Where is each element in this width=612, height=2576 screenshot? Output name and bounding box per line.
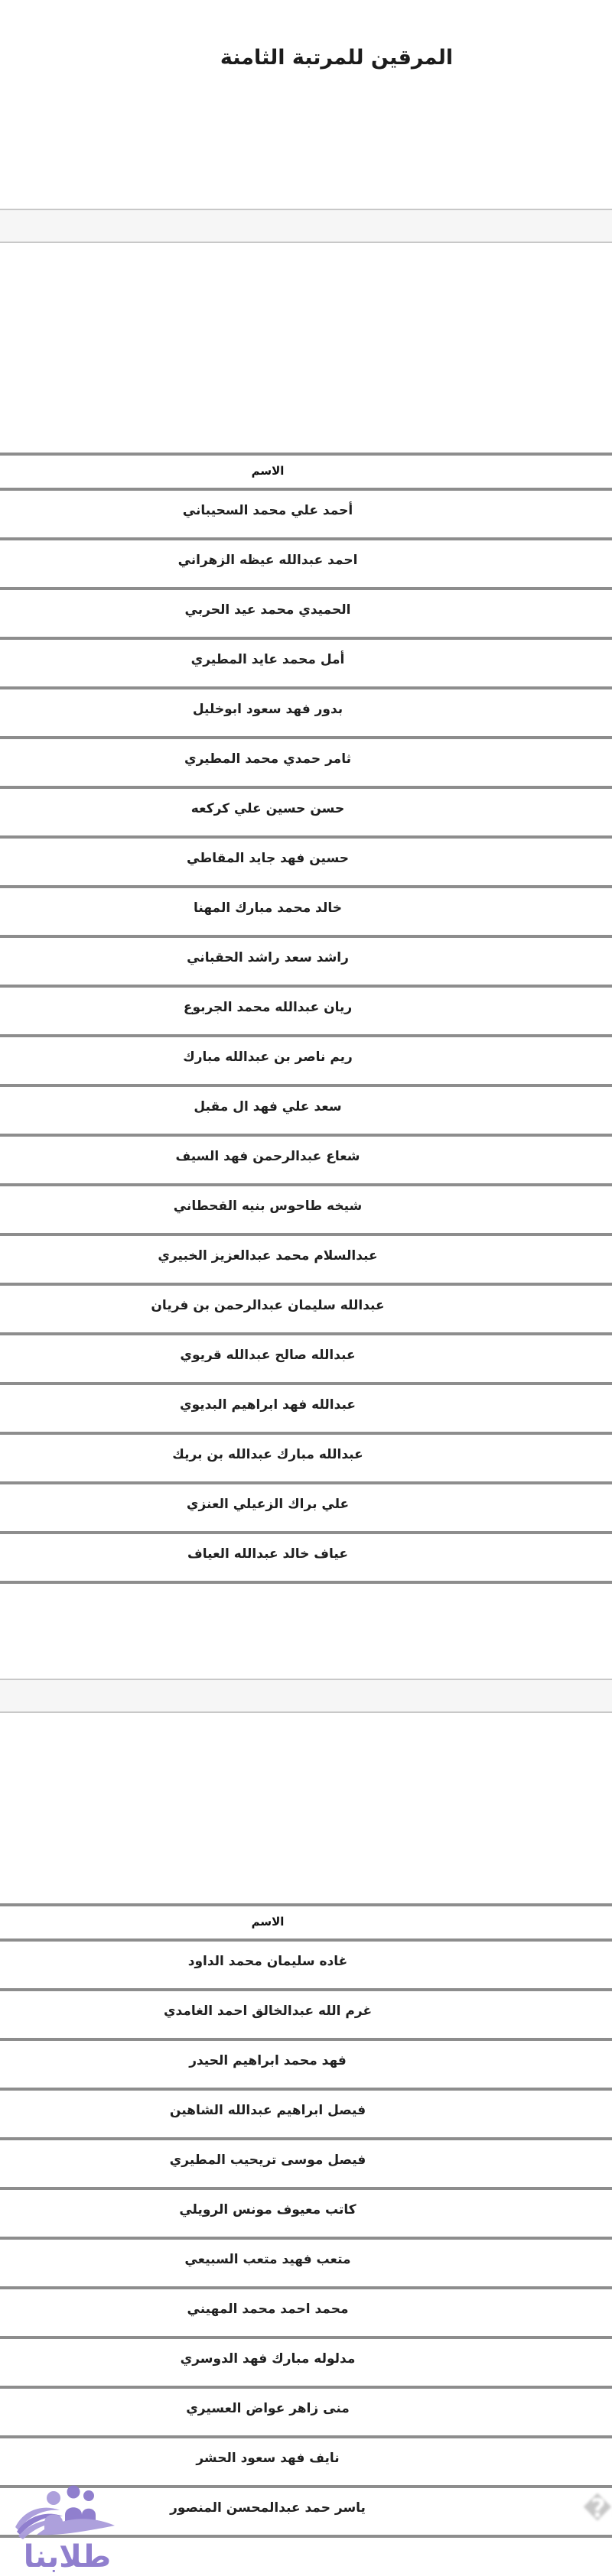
column-header-name: الاسم <box>0 1906 535 1938</box>
name-cell: غرم الله عبدالخالق احمد الغامدي <box>0 1991 535 2038</box>
name-cell: مدلوله مبارك فهد الدوسري <box>0 2339 535 2386</box>
table-row: علي براك الزعيلي العنزي <box>0 1484 612 1534</box>
table-row: ريان عبدالله محمد الجربوع <box>0 988 612 1037</box>
table-row: عبدالله فهد ابراهيم البديوي <box>0 1385 612 1435</box>
name-cell: كاتب معيوف مونس الرويلي <box>0 2190 535 2237</box>
table-row: فهد محمد ابراهيم الحيدر <box>0 2041 612 2091</box>
table-row: كاتب معيوف مونس الرويلي <box>0 2190 612 2240</box>
name-cell: فهد محمد ابراهيم الحيدر <box>0 2041 535 2088</box>
column-header-name: الاسم <box>0 456 535 488</box>
name-cell: متعب فهيد متعب السبيعي <box>0 2240 535 2286</box>
table-row: سعد علي فهد ال مقبل <box>0 1087 612 1137</box>
name-cell: غاده سليمان محمد الداود <box>0 1942 535 1988</box>
table-row: ثامر حمدي محمد المطيري <box>0 739 612 789</box>
table-row: الحميدي محمد عيد الحربي <box>0 590 612 640</box>
table-header-row: الاسم <box>0 456 612 491</box>
name-cell: عبدالسلام محمد عبدالعزيز الخبيري <box>0 1236 535 1283</box>
document-page: المرقين للمرتبة الثامنة الاسم أحمد علي م… <box>0 0 612 2576</box>
table-row: غرم الله عبدالخالق احمد الغامدي <box>0 1991 612 2041</box>
person-icon <box>47 2491 60 2505</box>
table-row: نايف فهد سعود الحشر <box>0 2438 612 2488</box>
table-row: شيخه طاحوس بنيه القحطاني <box>0 1186 612 1236</box>
table-row: حسين فهد جايد المقاطي <box>0 839 612 888</box>
name-cell: عبدالله فهد ابراهيم البديوي <box>0 1385 535 1432</box>
name-cell: نايف فهد سعود الحشر <box>0 2438 535 2485</box>
name-cell: عبدالله صالح عبدالله قريوي <box>0 1335 535 1382</box>
name-cell: احمد عبدالله عيظه الزهراني <box>0 540 535 587</box>
watermark-logo: طلابنا <box>11 2483 125 2576</box>
name-cell: فيصل ابراهيم عبدالله الشاهين <box>0 2091 535 2137</box>
name-cell: محمد احمد محمد المهيني <box>0 2289 535 2336</box>
name-cell: شعاع عبدالرحمن فهد السيف <box>0 1137 535 1183</box>
name-cell: خالد محمد مبارك المهنا <box>0 888 535 935</box>
name-cell: منى زاهر عواض العسيري <box>0 2389 535 2435</box>
page-title: المرقين للمرتبة الثامنة <box>0 46 612 70</box>
name-cell: ثامر حمدي محمد المطيري <box>0 739 535 786</box>
name-cell: راشد سعد راشد الحقباني <box>0 938 535 985</box>
name-cell: أحمد علي محمد السحيباني <box>0 491 535 537</box>
table-row: حسن حسين علي كركعه <box>0 789 612 839</box>
name-cell: ريم ناصر بن عبدالله مبارك <box>0 1037 535 1084</box>
name-cell: علي براك الزعيلي العنزي <box>0 1484 535 1531</box>
names-table-second: الاسم غاده سليمان محمد الداود غرم الله ع… <box>0 1903 612 2538</box>
table-row: غاده سليمان محمد الداود <box>0 1942 612 1991</box>
table-row: متعب فهيد متعب السبيعي <box>0 2240 612 2289</box>
table-row: احمد عبدالله عيظه الزهراني <box>0 540 612 590</box>
name-cell: بدور فهد سعود ابوخليل <box>0 689 535 736</box>
table-row: بدور فهد سعود ابوخليل <box>0 689 612 739</box>
name-cell: أمل محمد عايد المطيري <box>0 640 535 686</box>
name-cell: شيخه طاحوس بنيه القحطاني <box>0 1186 535 1233</box>
name-cell: عبدالله مبارك عبدالله بن بريك <box>0 1435 535 1481</box>
table-row: شعاع عبدالرحمن فهد السيف <box>0 1137 612 1186</box>
table-row: عبدالسلام محمد عبدالعزيز الخبيري <box>0 1236 612 1286</box>
table-row: أحمد علي محمد السحيباني <box>0 491 612 540</box>
table-row: أمل محمد عايد المطيري <box>0 640 612 689</box>
person-icon <box>67 2486 80 2499</box>
watermark-brand-text: طلابنا <box>24 2539 111 2574</box>
table-row: فيصل موسى تريحيب المطيري <box>0 2140 612 2190</box>
table-row: مدلوله مبارك فهد الدوسري <box>0 2339 612 2389</box>
table-row: عبدالله مبارك عبدالله بن بريك <box>0 1435 612 1484</box>
table-row: عبدالله صالح عبدالله قريوي <box>0 1335 612 1385</box>
table-row: خالد محمد مبارك المهنا <box>0 888 612 938</box>
name-cell: حسن حسين علي كركعه <box>0 789 535 835</box>
name-cell: حسين فهد جايد المقاطي <box>0 839 535 885</box>
table-row: فيصل ابراهيم عبدالله الشاهين <box>0 2091 612 2140</box>
table-header-row: الاسم <box>0 1906 612 1942</box>
name-cell: عبدالله سليمان عبدالرحمن بن فريان <box>0 1286 535 1332</box>
name-cell: عياف خالد عبدالله العياف <box>0 1534 535 1581</box>
name-cell: ريان عبدالله محمد الجربوع <box>0 988 535 1034</box>
name-cell: سعد علي فهد ال مقبل <box>0 1087 535 1134</box>
table-row: عياف خالد عبدالله العياف <box>0 1534 612 1584</box>
section-divider-band <box>0 209 612 243</box>
name-cell: فيصل موسى تريحيب المطيري <box>0 2140 535 2187</box>
watermark-partial-right: �износ <box>583 2493 612 2533</box>
names-table-first: الاسم أحمد علي محمد السحيباني احمد عبدال… <box>0 453 612 1584</box>
table-row: عبدالله سليمان عبدالرحمن بن فريان <box>0 1286 612 1335</box>
name-cell: الحميدي محمد عيد الحربي <box>0 590 535 637</box>
table-row: راشد سعد راشد الحقباني <box>0 938 612 988</box>
section-divider-band <box>0 1679 612 1713</box>
table-row: منى زاهر عواض العسيري <box>0 2389 612 2438</box>
table-row: محمد احمد محمد المهيني <box>0 2289 612 2339</box>
table-row: ريم ناصر بن عبدالله مبارك <box>0 1037 612 1087</box>
person-icon <box>83 2490 94 2501</box>
